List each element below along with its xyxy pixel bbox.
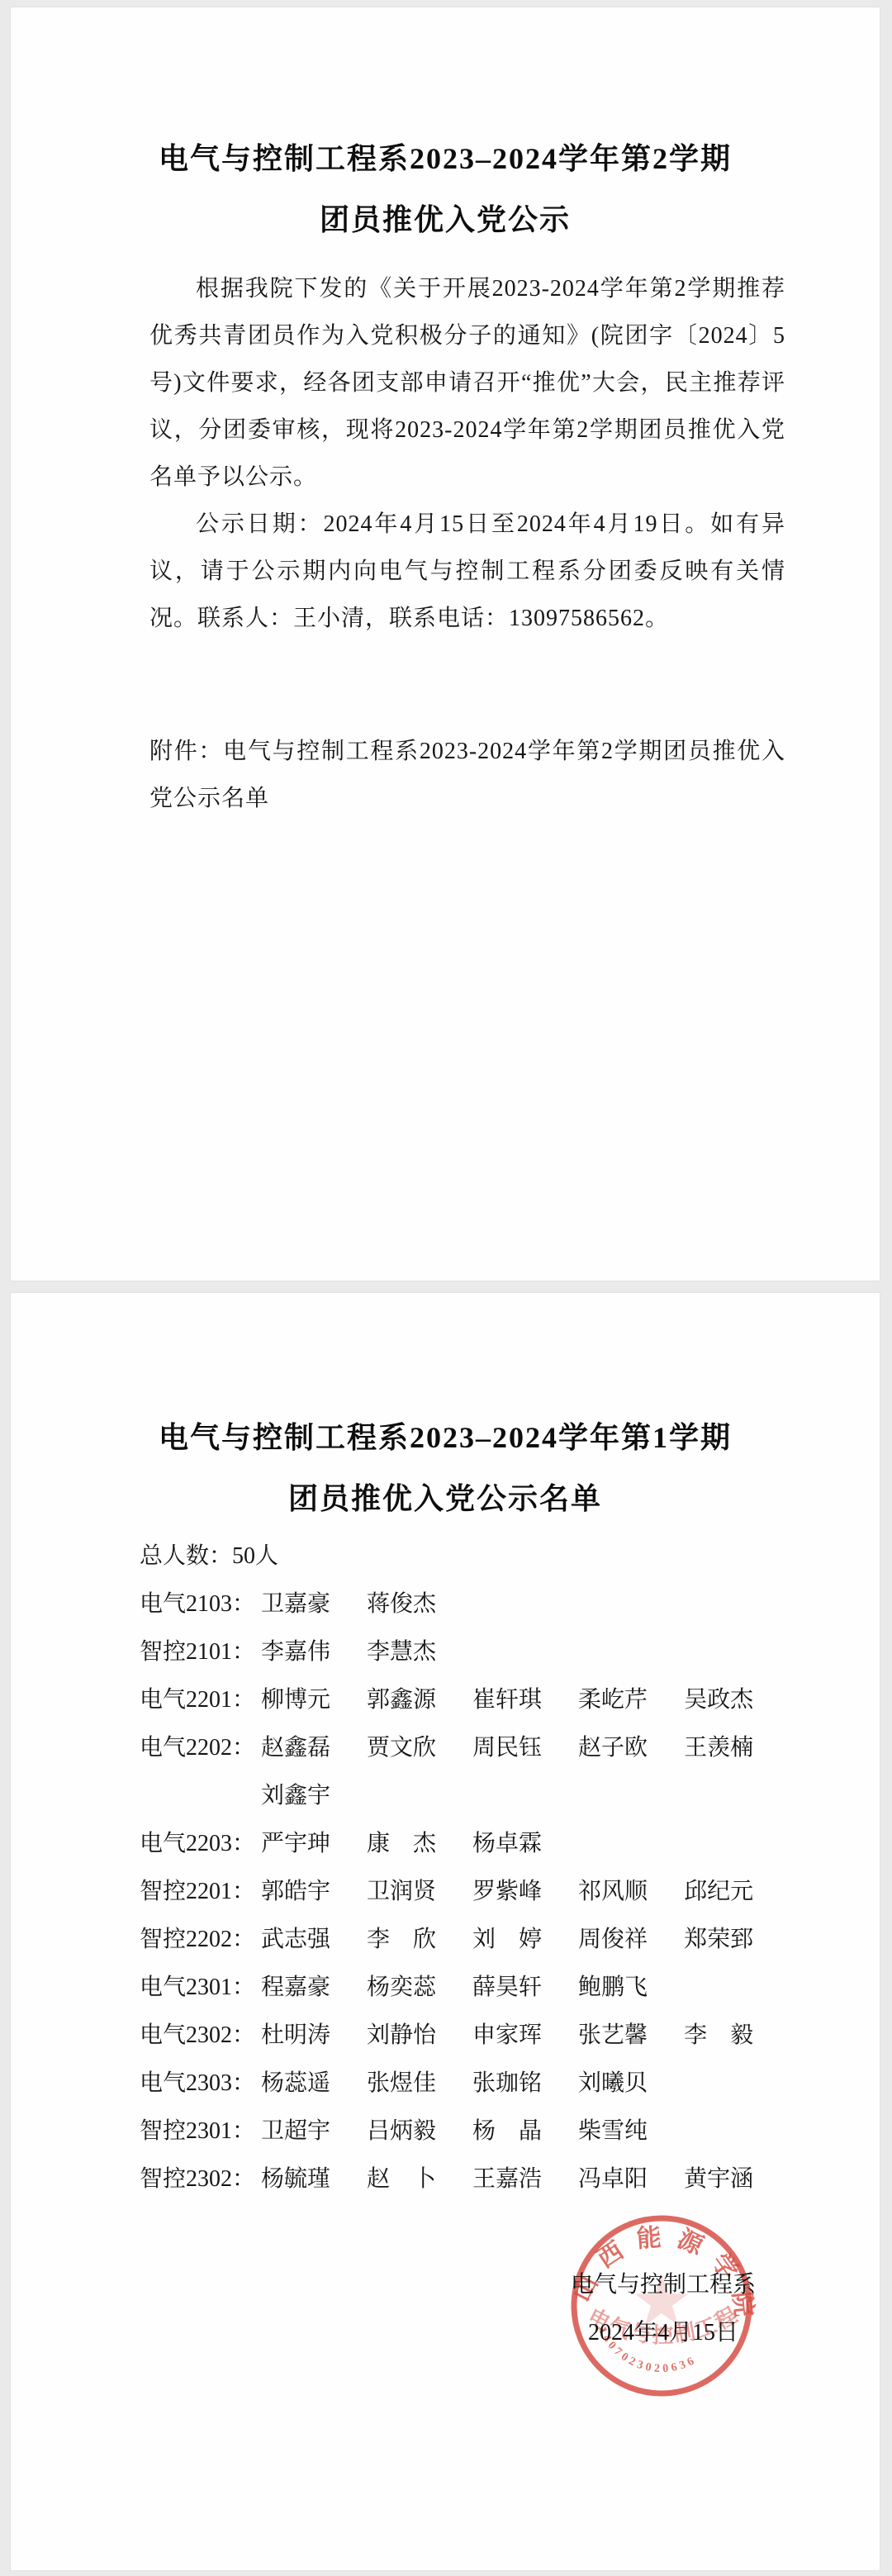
roster-row: 智控2202：武志强李 欣刘 婷周俊祥郑荣郅 — [140, 1916, 785, 1964]
notice-title-line2: 团员推优入党公示 — [11, 189, 880, 250]
roster-name: 郭鑫源 — [367, 1676, 436, 1724]
roster-name: 薛昊轩 — [472, 1964, 542, 2012]
roster-name: 严宇珅 — [261, 1820, 330, 1868]
roster-name: 赵 卜 — [367, 2155, 436, 2203]
roster-name: 卫嘉豪 — [261, 1580, 330, 1628]
signature-block: 电气与控制工程系 2024年4月15日 — [571, 2261, 756, 2357]
notice-attachment-line: 附件：电气与控制工程系2023-2024学年第2学期团员推优入党公示名单 — [149, 728, 785, 822]
roster-name: 赵子欧 — [578, 1724, 648, 1772]
roster-name: 鲍鹏飞 — [578, 1964, 648, 2012]
roster-names: 郭皓宇卫润贤罗紫峰祁风顺邱纪元 — [261, 1868, 785, 1916]
roster-row: 电气2203：严宇珅康 杰杨卓霖 — [140, 1820, 785, 1868]
roster-name: 李慧杰 — [367, 1628, 436, 1676]
roster-class-label: 电气2201： — [140, 1676, 261, 1724]
roster-names: 杨毓瑾赵 卜王嘉浩冯卓阳黄宇涵 — [261, 2155, 785, 2203]
signature-date: 2024年4月15日 — [571, 2309, 756, 2357]
roster-name: 李 欣 — [367, 1916, 436, 1964]
roster-name: 张艺馨 — [578, 2012, 648, 2060]
roster-name: 卫润贤 — [367, 1868, 436, 1916]
roster-names: 程嘉豪杨奕蕊薛昊轩鲍鹏飞 — [261, 1964, 785, 2012]
roster-name: 卫超宇 — [261, 2108, 330, 2155]
roster-title-line1: 电气与控制工程系2023–2024学年第1学期 — [11, 1407, 880, 1468]
roster-name: 崔轩琪 — [472, 1676, 542, 1724]
roster-name: 杨蕊遥 — [261, 2060, 330, 2108]
roster-class-label: 智控2301： — [140, 2108, 261, 2155]
roster-class-label: 智控2101： — [140, 1628, 261, 1676]
notice-paragraph-period: 公示日期：2024年4月15日至2024年4月19日。如有异议，请于公示期内向电… — [149, 501, 785, 642]
roster-name: 贾文欣 — [367, 1724, 436, 1772]
notice-page: 电气与控制工程系2023–2024学年第2学期 团员推优入党公示 根据我院下发的… — [10, 7, 880, 1281]
notice-title: 电气与控制工程系2023–2024学年第2学期 团员推优入党公示 — [11, 128, 880, 250]
signature-department: 电气与控制工程系 — [571, 2261, 756, 2309]
roster-title: 电气与控制工程系2023–2024学年第1学期 团员推优入党公示名单 — [11, 1407, 880, 1529]
roster-name: 柴雪纯 — [578, 2108, 648, 2155]
roster-row: 智控2302：杨毓瑾赵 卜王嘉浩冯卓阳黄宇涵 — [140, 2155, 785, 2203]
roster-names: 柳博元郭鑫源崔轩琪柔屹芹吴政杰 — [261, 1676, 785, 1724]
roster-name: 王嘉浩 — [472, 2155, 542, 2203]
roster-name: 柳博元 — [261, 1676, 330, 1724]
roster-class-label: 电气2202： — [140, 1724, 261, 1820]
roster-names: 李嘉伟李慧杰 — [261, 1628, 785, 1676]
notice-paragraph-basis: 根据我院下发的《关于开展2023-2024学年第2学期推荐优秀共青团员作为入党积… — [149, 265, 785, 501]
roster-row: 电气2302：杜明涛刘静怡申家珲张艺馨李 毅 — [140, 2012, 785, 2060]
roster-name: 蒋俊杰 — [367, 1580, 436, 1628]
roster-name: 吴政杰 — [684, 1676, 753, 1724]
roster-class-label: 电气2301： — [140, 1964, 261, 2012]
document-scan-background: { "page1": { "title_line1": "电气与控制工程系202… — [0, 0, 892, 2576]
roster-names: 赵鑫磊贾文欣周民钰赵子欧王羡楠刘鑫宇 — [261, 1724, 785, 1820]
roster-names: 卫超宇吕炳毅杨 晶柴雪纯 — [261, 2108, 785, 2155]
roster-row: 电气2202：赵鑫磊贾文欣周民钰赵子欧王羡楠刘鑫宇 — [140, 1724, 785, 1820]
roster-name: 武志强 — [261, 1916, 330, 1964]
roster-name: 程嘉豪 — [261, 1964, 330, 2012]
roster-name: 李嘉伟 — [261, 1628, 330, 1676]
roster-name: 周俊祥 — [578, 1916, 648, 1964]
roster-names: 卫嘉豪蒋俊杰 — [261, 1580, 785, 1628]
roster-name: 申家珲 — [472, 2012, 542, 2060]
roster-title-line2: 团员推优入党公示名单 — [11, 1468, 880, 1529]
roster-name: 杨奕蕊 — [367, 1964, 436, 2012]
roster-page: 电气与控制工程系2023–2024学年第1学期 团员推优入党公示名单 总人数：5… — [10, 1292, 880, 2571]
roster-class-label: 电气2303： — [140, 2060, 261, 2108]
roster-name: 郭皓宇 — [261, 1868, 330, 1916]
roster: 电气2103：卫嘉豪蒋俊杰智控2101：李嘉伟李慧杰电气2201：柳博元郭鑫源崔… — [140, 1580, 785, 2203]
roster-row: 电气2201：柳博元郭鑫源崔轩琪柔屹芹吴政杰 — [140, 1676, 785, 1724]
roster-name: 冯卓阳 — [578, 2155, 648, 2203]
roster-class-label: 智控2201： — [140, 1868, 261, 1916]
roster-name: 张珈铭 — [472, 2060, 542, 2108]
roster-name: 杨毓瑾 — [261, 2155, 330, 2203]
roster-name: 张煜佳 — [367, 2060, 436, 2108]
roster-name: 周民钰 — [472, 1724, 542, 1772]
roster-class-label: 智控2302： — [140, 2155, 261, 2203]
roster-name: 刘 婷 — [472, 1916, 542, 1964]
roster-row: 智控2301：卫超宇吕炳毅杨 晶柴雪纯 — [140, 2108, 785, 2155]
roster-row: 电气2103：卫嘉豪蒋俊杰 — [140, 1580, 785, 1628]
roster-name: 刘曦贝 — [578, 2060, 648, 2108]
roster-row: 智控2201：郭皓宇卫润贤罗紫峰祁风顺邱纪元 — [140, 1868, 785, 1916]
roster-names: 杜明涛刘静怡申家珲张艺馨李 毅 — [261, 2012, 785, 2060]
roster-name: 刘静怡 — [367, 2012, 436, 2060]
roster-class-label: 电气2302： — [140, 2012, 261, 2060]
roster-name: 杜明涛 — [261, 2012, 330, 2060]
roster-total-count: 总人数：50人 — [140, 1533, 785, 1580]
roster-name: 王羡楠 — [684, 1724, 753, 1772]
roster-class-label: 智控2202： — [140, 1916, 261, 1964]
roster-names: 杨蕊遥张煜佳张珈铭刘曦贝 — [261, 2060, 785, 2108]
roster-name: 祁风顺 — [578, 1868, 648, 1916]
roster-name: 郑荣郅 — [684, 1916, 753, 1964]
roster-name: 赵鑫磊 — [261, 1724, 330, 1772]
roster-row: 智控2101：李嘉伟李慧杰 — [140, 1628, 785, 1676]
roster-names: 严宇珅康 杰杨卓霖 — [261, 1820, 785, 1868]
roster-name: 邱纪元 — [684, 1868, 753, 1916]
roster-name: 刘鑫宇 — [261, 1772, 330, 1820]
roster-name: 杨卓霖 — [472, 1820, 542, 1868]
roster-class-label: 电气2203： — [140, 1820, 261, 1868]
notice-body: 根据我院下发的《关于开展2023-2024学年第2学期推荐优秀共青团员作为入党积… — [11, 265, 880, 822]
roster-content: 总人数：50人 电气2103：卫嘉豪蒋俊杰智控2101：李嘉伟李慧杰电气2201… — [11, 1533, 880, 2357]
roster-name: 罗紫峰 — [472, 1868, 542, 1916]
roster-name: 康 杰 — [367, 1820, 436, 1868]
roster-name: 吕炳毅 — [367, 2108, 436, 2155]
roster-row: 电气2303：杨蕊遥张煜佳张珈铭刘曦贝 — [140, 2060, 785, 2108]
roster-names: 武志强李 欣刘 婷周俊祥郑荣郅 — [261, 1916, 785, 1964]
roster-name: 杨 晶 — [472, 2108, 542, 2155]
roster-name: 李 毅 — [684, 2012, 753, 2060]
notice-title-line1: 电气与控制工程系2023–2024学年第2学期 — [11, 128, 880, 189]
roster-class-label: 电气2103： — [140, 1580, 261, 1628]
roster-name: 柔屹芹 — [578, 1676, 648, 1724]
roster-name: 黄宇涵 — [684, 2155, 753, 2203]
roster-row: 电气2301：程嘉豪杨奕蕊薛昊轩鲍鹏飞 — [140, 1964, 785, 2012]
